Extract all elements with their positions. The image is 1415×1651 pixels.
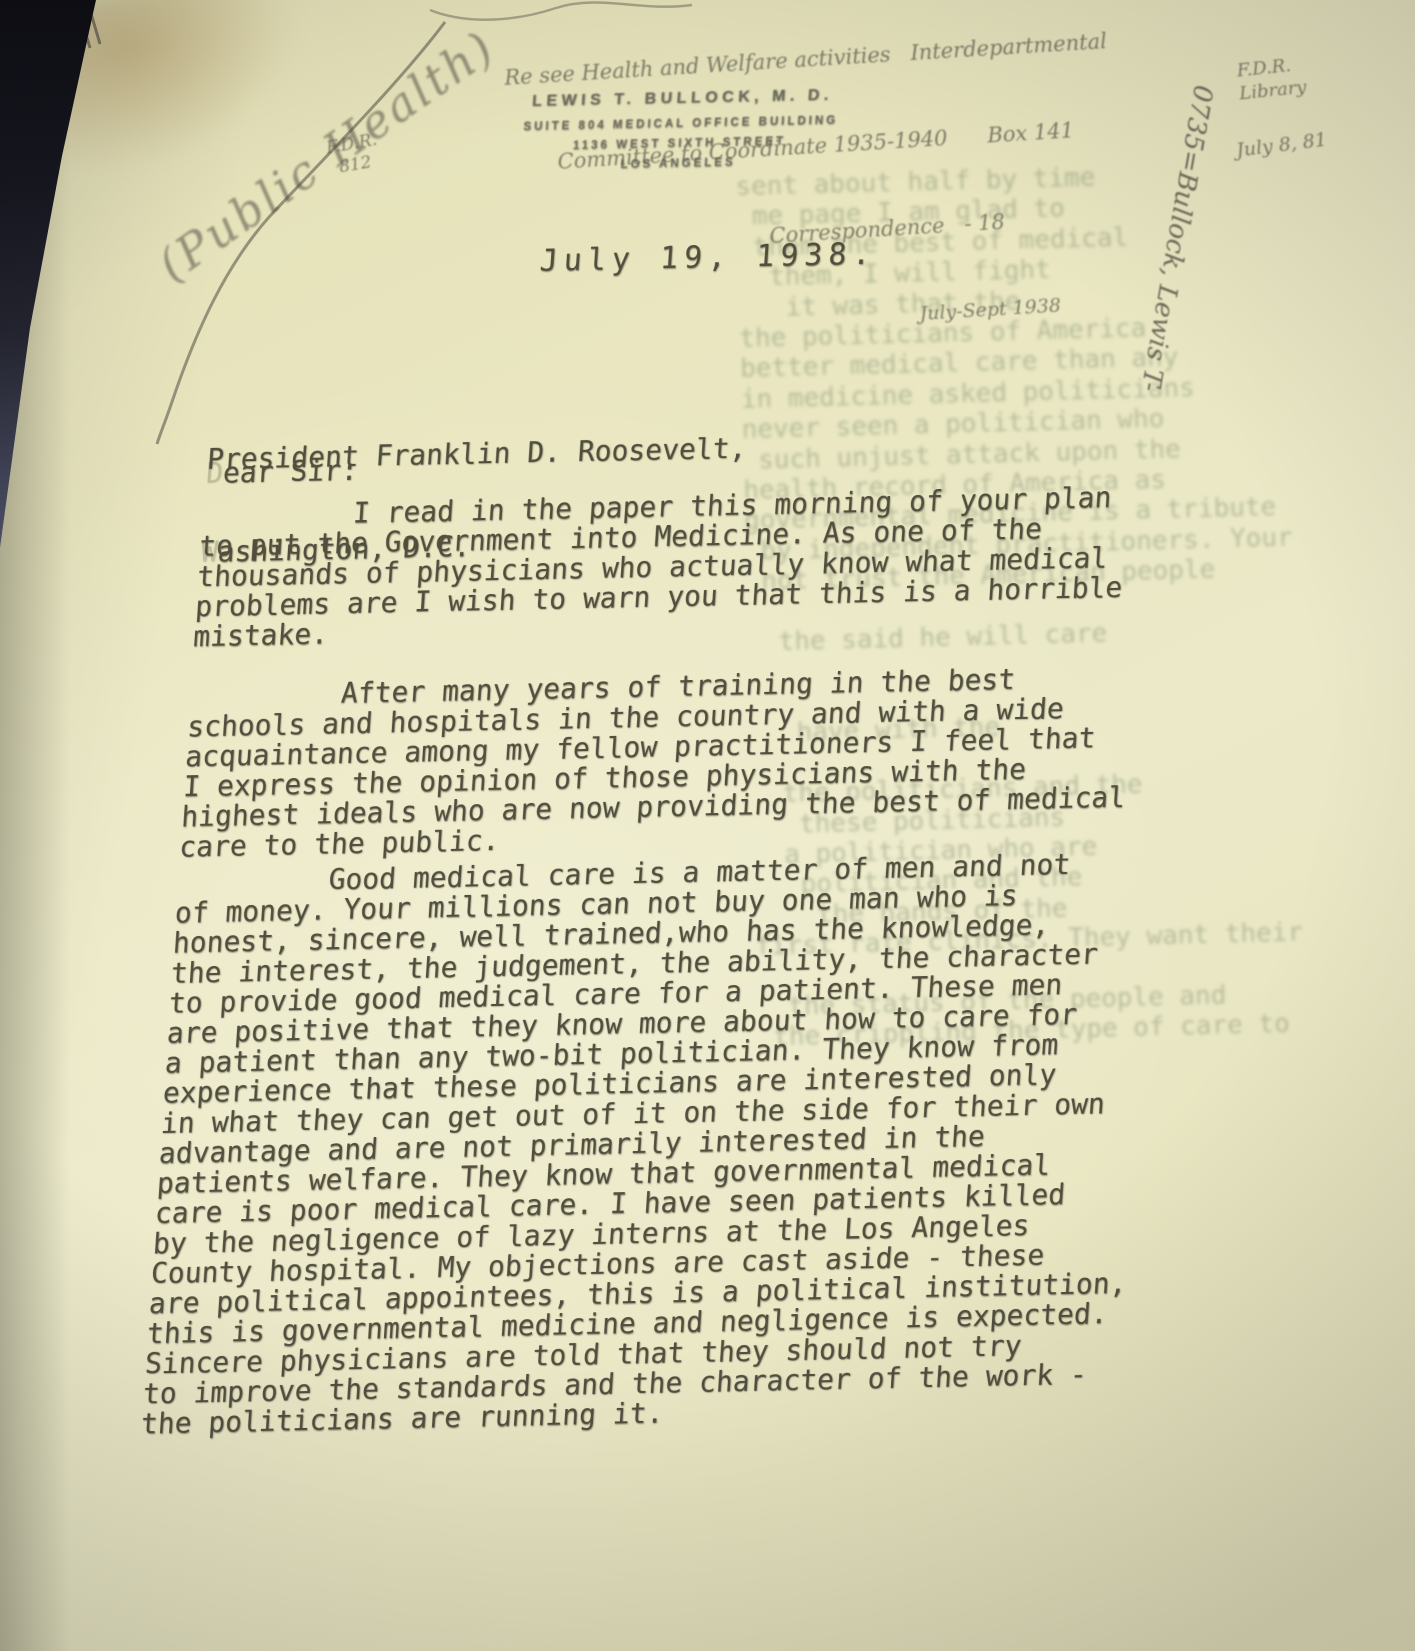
fdr-812-note: F.D.R. 812 bbox=[325, 130, 383, 180]
paragraph-1: I read in the paper this morning of your… bbox=[192, 480, 1262, 652]
fdr-library-note: F.D.R. Library bbox=[1236, 53, 1308, 106]
salutation-faint-letter: D bbox=[205, 456, 224, 489]
archival-line-2: Committee to Coordinate 1935-1940 Box 14… bbox=[557, 114, 1113, 177]
archival-line-1: Re see Health and Welfare activities Int… bbox=[504, 27, 1108, 93]
paragraph-3: Good medical care is a matter of men and… bbox=[140, 846, 1238, 1439]
archival-line-4: July-Sept 1938 bbox=[919, 288, 1124, 329]
salutation-rest: ear Sir: bbox=[222, 454, 359, 490]
letter-paper: sent about half by time me page I am gla… bbox=[0, 0, 1415, 1651]
archival-note: Re see Health and Welfare activities Int… bbox=[500, 0, 1127, 411]
document-photo: sent about half by time me page I am gla… bbox=[0, 0, 1415, 1651]
archival-line-3: Correspondence - 18 bbox=[769, 201, 1119, 251]
salutation: Dear Sir: bbox=[205, 454, 359, 490]
paragraph-2: After many years of training in the best… bbox=[178, 660, 1250, 862]
